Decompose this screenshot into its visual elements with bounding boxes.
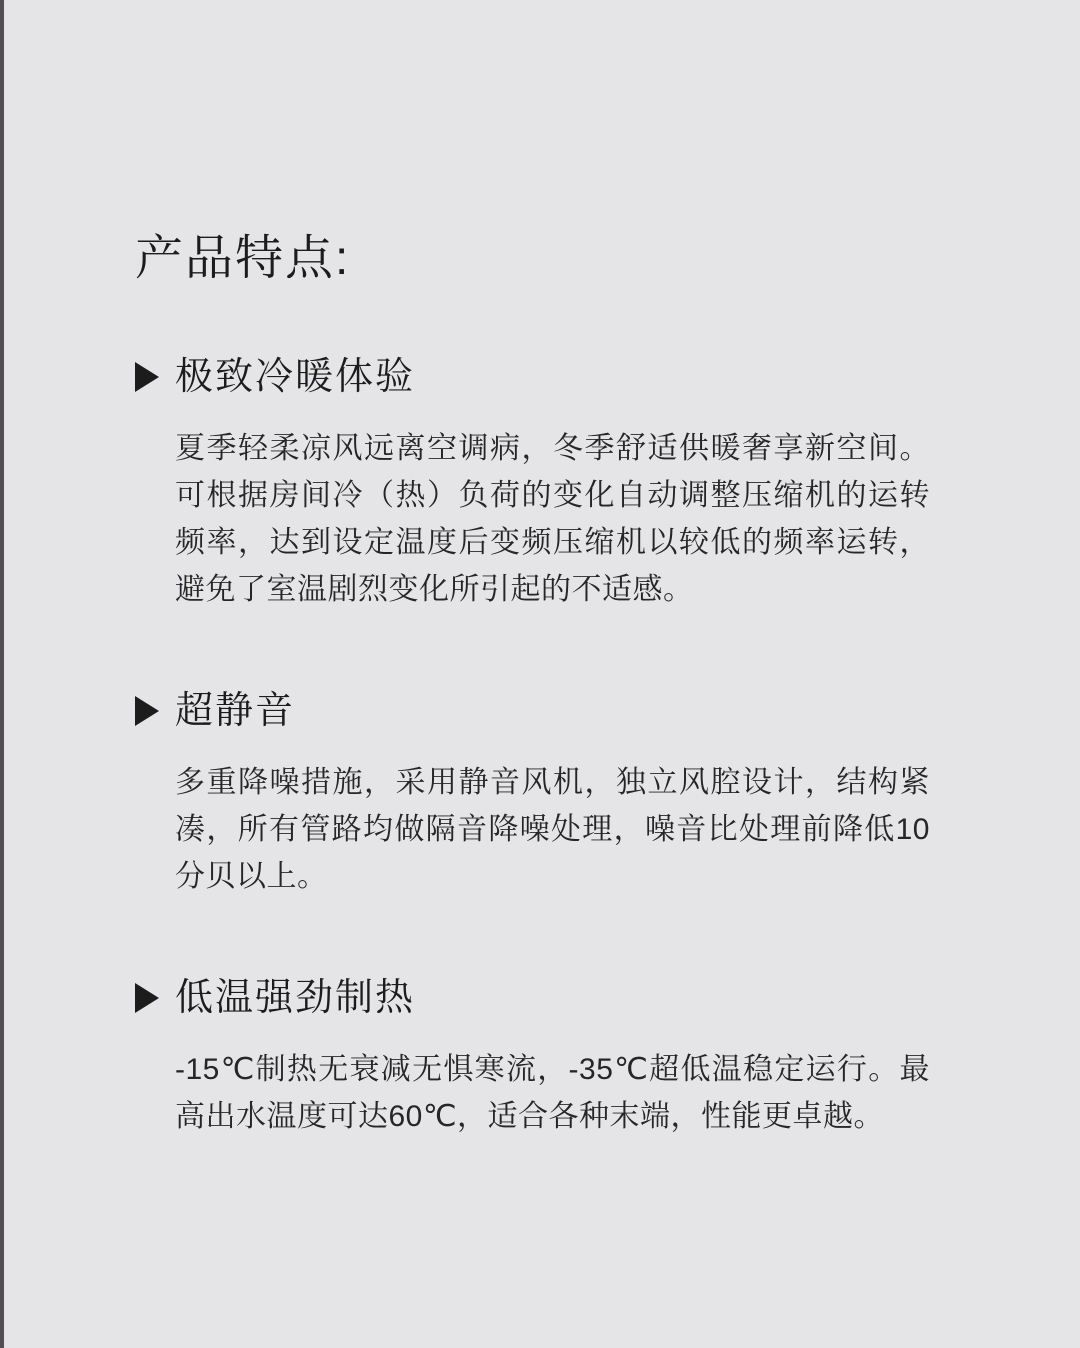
feature-heading-row: 低温强劲制热 [135, 974, 930, 1022]
feature-heading-row: 极致冷暖体验 [135, 353, 930, 401]
triangle-bullet-icon [135, 362, 159, 392]
page-title: 产品特点: [135, 230, 930, 288]
feature-section-low-temp-heating: 低温强劲制热 -15℃制热无衰减无惧寒流，-35℃超低温稳定运行。最高出水温度可… [135, 974, 930, 1140]
feature-heading: 极致冷暖体验 [175, 353, 415, 401]
feature-body: 多重降噪措施，采用静音风机，独立风腔设计，结构紧凑，所有管路均做隔音降噪处理，噪… [175, 759, 930, 900]
feature-heading-row: 超静音 [135, 687, 930, 735]
feature-body: -15℃制热无衰减无惧寒流，-35℃超低温稳定运行。最高出水温度可达60℃，适合… [175, 1046, 930, 1140]
left-edge-strip [0, 0, 4, 1348]
feature-body: 夏季轻柔凉风远离空调病，冬季舒适供暖奢享新空间。可根据房间冷（热）负荷的变化自动… [175, 425, 930, 613]
feature-heading: 超静音 [175, 687, 295, 735]
product-features-content: 产品特点: 极致冷暖体验 夏季轻柔凉风远离空调病，冬季舒适供暖奢享新空间。可根据… [0, 0, 1080, 1140]
feature-section-quiet: 超静音 多重降噪措施，采用静音风机，独立风腔设计，结构紧凑，所有管路均做隔音降噪… [135, 687, 930, 900]
triangle-bullet-icon [135, 696, 159, 726]
feature-heading: 低温强劲制热 [175, 974, 415, 1022]
triangle-bullet-icon [135, 983, 159, 1013]
feature-section-cooling-heating: 极致冷暖体验 夏季轻柔凉风远离空调病，冬季舒适供暖奢享新空间。可根据房间冷（热）… [135, 353, 930, 613]
